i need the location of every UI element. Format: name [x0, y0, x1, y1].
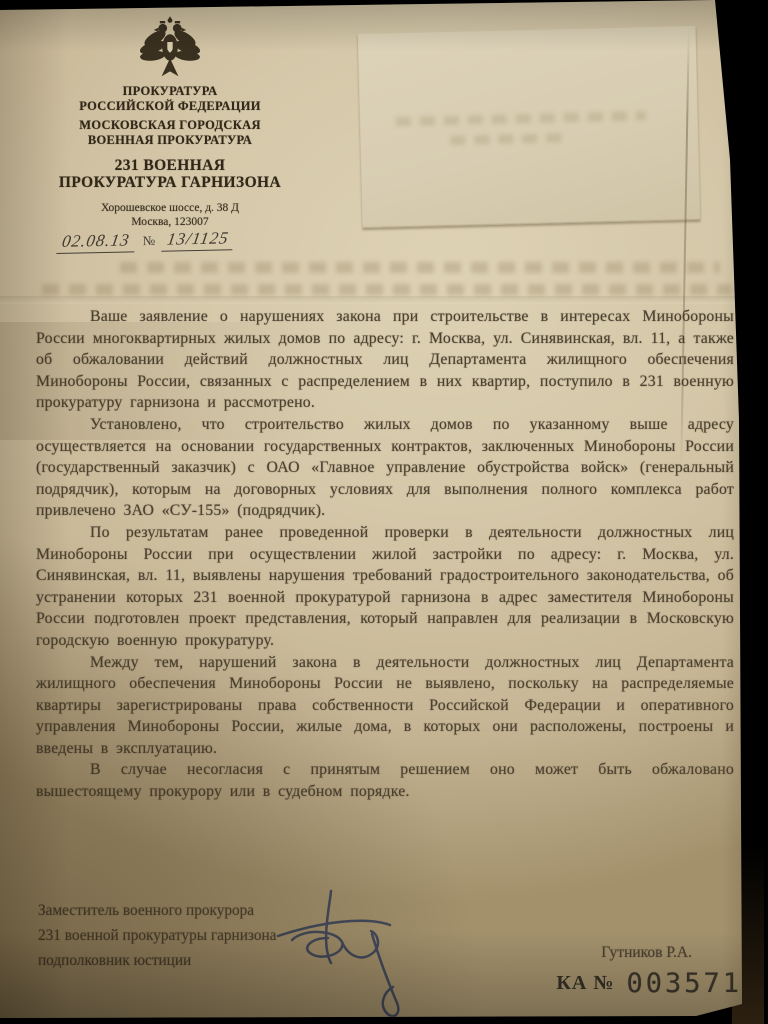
paragraph: В случае несогласия с принятым решением …	[36, 759, 734, 802]
org-name-line: РОССИЙСКОЙ ФЕДЕРАЦИИ	[28, 99, 312, 114]
unit-name-line: ПРОКУРАТУРА ГАРНИЗОНА	[28, 174, 312, 191]
handwritten-number: 13/1125	[162, 228, 237, 252]
faded-text-trace	[450, 133, 570, 145]
paragraph: Ваше заявление о нарушениях закона при с…	[36, 306, 734, 414]
form-series: КА №	[556, 972, 614, 994]
org-name-line: ВОЕННАЯ ПРОКУРАТУРА	[28, 133, 312, 148]
form-number: 003571	[626, 968, 742, 999]
coat-of-arms-double-headed-eagle-icon	[140, 16, 200, 80]
org-name-line: МОСКОВСКАЯ ГОРОДСКАЯ	[28, 118, 312, 133]
faded-text-trace	[396, 111, 646, 126]
bleed-through-text-line	[42, 284, 732, 295]
org-name-line: ПРОКУРАТУРА	[28, 84, 312, 99]
signer-name: Гутников Р.А.	[601, 944, 692, 962]
photo-of-document: ПРОКУРАТУРА РОССИЙСКОЙ ФЕДЕРАЦИИ МОСКОВС…	[0, 0, 768, 1024]
pasted-blank-label	[358, 26, 701, 228]
document-page: ПРОКУРАТУРА РОССИЙСКОЙ ФЕДЕРАЦИИ МОСКОВС…	[0, 0, 768, 1024]
bleed-through-text-line	[120, 262, 720, 273]
reference-line: 02.08.13 № 13/1125	[58, 226, 338, 254]
letter-body: Ваше заявление о нарушениях закона при с…	[36, 306, 734, 803]
paragraph: По результатам ранее проведенной проверк…	[36, 522, 734, 652]
letterhead: ПРОКУРАТУРА РОССИЙСКОЙ ФЕДЕРАЦИИ МОСКОВС…	[28, 16, 312, 229]
signatory-title-block: Заместитель военного прокурора 231 военн…	[38, 898, 276, 973]
signatory-title-line: 231 военной прокуратуры гарнизона	[38, 923, 276, 948]
paragraph: Установлено, что строительство жилых дом…	[36, 414, 734, 522]
handwritten-date: 02.08.13	[56, 230, 137, 254]
signatory-title-line: Заместитель военного прокурора	[38, 898, 276, 923]
address-line: Хорошевское шоссе, д. 38 Д	[28, 202, 312, 216]
paragraph: Между тем, нарушений закона в деятельнос…	[36, 652, 734, 760]
fold-crease	[0, 296, 740, 304]
signatory-title-line: подполковник юстиции	[38, 948, 276, 973]
form-serial-stamp: КА № 003571	[556, 968, 742, 999]
number-sign: №	[143, 233, 157, 248]
unit-name-line: 231 ВОЕННАЯ	[28, 157, 312, 174]
